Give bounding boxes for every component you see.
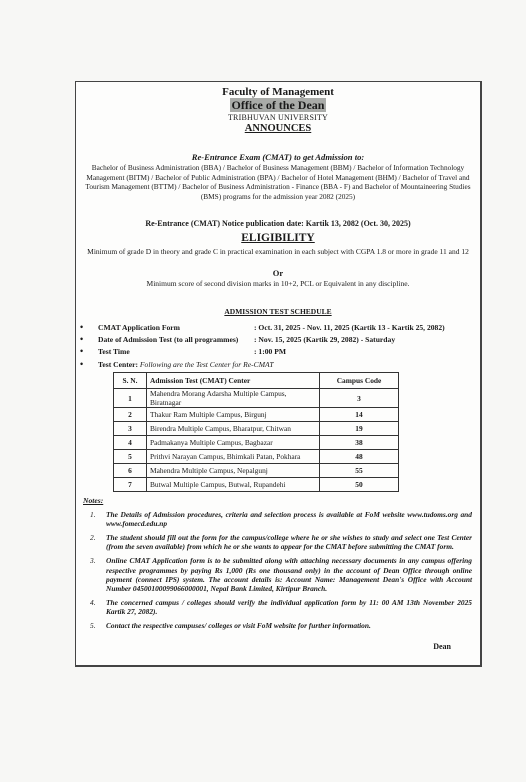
note-text: Contact the respective campuses/ college… <box>106 621 472 630</box>
office-heading: Office of the Dean <box>76 98 480 113</box>
eligibility-criterion-2: Minimum score of second division marks i… <box>76 279 480 288</box>
bullet-icon: • <box>80 347 98 356</box>
cell-code: 50 <box>320 478 399 492</box>
schedule-heading: ADMISSION TEST SCHEDULE <box>76 307 480 316</box>
note-number: 5. <box>90 621 106 630</box>
schedule-list: • CMAT Application Form : Oct. 31, 2025 … <box>80 321 476 370</box>
schedule-item: • Test Time : 1:00 PM <box>80 346 476 358</box>
column-header-sn: S. N. <box>114 373 147 389</box>
programs-list: Bachelor of Business Administration (BBA… <box>82 163 474 201</box>
announces-text: ANNOUNCES <box>245 123 312 134</box>
notes-label: Notes: <box>83 496 103 505</box>
note-number: 4. <box>90 598 106 617</box>
table-row: 4Padmakanya Multiple Campus, Bagbazar38 <box>114 436 399 450</box>
column-header-center: Admission Test (CMAT) Center <box>147 373 320 389</box>
bullet-icon: • <box>80 335 98 344</box>
cell-sn: 6 <box>114 464 147 478</box>
note-item: 1.The Details of Admission procedures, c… <box>90 510 472 529</box>
schedule-value: : 1:00 PM <box>254 347 286 356</box>
note-text: Online CMAT Application form is to be su… <box>106 556 472 593</box>
schedule-item: • CMAT Application Form : Oct. 31, 2025 … <box>80 321 476 333</box>
cell-code: 14 <box>320 408 399 422</box>
table-header-row: S. N. Admission Test (CMAT) Center Campu… <box>114 373 399 389</box>
cell-sn: 4 <box>114 436 147 450</box>
note-item: 3.Online CMAT Application form is to be … <box>90 556 472 593</box>
table-row: 3Birendra Multiple Campus, Bharatpur, Ch… <box>114 422 399 436</box>
table-row: 6Mahendra Multiple Campus, Nepalgunj55 <box>114 464 399 478</box>
bullet-icon: • <box>80 360 98 369</box>
announces-heading: ANNOUNCES <box>76 123 480 134</box>
schedule-label: Date of Admission Test (to all programme… <box>98 335 254 344</box>
cell-center: Prithvi Narayan Campus, Bhimkali Patan, … <box>147 450 320 464</box>
publication-date: Re-Entrance (CMAT) Notice publication da… <box>76 219 480 228</box>
schedule-heading-text: ADMISSION TEST SCHEDULE <box>224 307 331 316</box>
note-number: 2. <box>90 533 106 552</box>
schedule-label: Test Time <box>98 347 254 356</box>
reentrance-title: Re-Entrance Exam (CMAT) to get Admission… <box>76 152 480 162</box>
column-header-code: Campus Code <box>320 373 399 389</box>
note-item: 5.Contact the respective campuses/ colle… <box>90 621 472 630</box>
faculty-heading: Faculty of Management <box>76 86 480 98</box>
test-centers-table: S. N. Admission Test (CMAT) Center Campu… <box>113 372 399 492</box>
note-item: 2.The student should fill out the form f… <box>90 533 472 552</box>
note-text: The student should fill out the form for… <box>106 533 472 552</box>
notes-list: 1.The Details of Admission procedures, c… <box>90 510 472 635</box>
note-number: 3. <box>90 556 106 593</box>
cell-code: 48 <box>320 450 399 464</box>
cell-center: Mahendra Morang Adarsha Multiple Campus,… <box>147 389 320 408</box>
note-number: 1. <box>90 510 106 529</box>
table-row: 5Prithvi Narayan Campus, Bhimkali Patan,… <box>114 450 399 464</box>
schedule-value: : Nov. 15, 2025 (Kartik 29, 2082) - Satu… <box>254 335 395 344</box>
eligibility-heading: ELIGIBILITY <box>76 232 480 244</box>
note-item: 4.The concerned campus / colleges should… <box>90 598 472 617</box>
cell-code: 55 <box>320 464 399 478</box>
notice-document: Faculty of Management Office of the Dean… <box>75 81 482 667</box>
eligibility-criterion-1: Minimum of grade D in theory and grade C… <box>80 247 476 257</box>
table-row: 2Thakur Ram Multiple Campus, Birgunj14 <box>114 408 399 422</box>
test-center-label: Test Center: <box>98 360 138 369</box>
cell-sn: 7 <box>114 478 147 492</box>
eligibility-or: Or <box>76 268 480 278</box>
cell-code: 38 <box>320 436 399 450</box>
schedule-value: : Oct. 31, 2025 - Nov. 11, 2025 (Kartik … <box>254 323 445 332</box>
note-text: The Details of Admission procedures, cri… <box>106 510 472 529</box>
table-row: 7Butwal Multiple Campus, Butwal, Rupande… <box>114 478 399 492</box>
table-row: 1Mahendra Morang Adarsha Multiple Campus… <box>114 389 399 408</box>
cell-sn: 5 <box>114 450 147 464</box>
signature: Dean <box>433 642 451 651</box>
cell-sn: 2 <box>114 408 147 422</box>
schedule-item: • Date of Admission Test (to all program… <box>80 333 476 345</box>
note-text: The concerned campus / colleges should v… <box>106 598 472 617</box>
eligibility-heading-text: ELIGIBILITY <box>241 232 315 244</box>
university-heading: TRIBHUVAN UNIVERSITY <box>76 113 480 122</box>
cell-center: Butwal Multiple Campus, Butwal, Rupandeh… <box>147 478 320 492</box>
cell-code: 19 <box>320 422 399 436</box>
cell-center: Birendra Multiple Campus, Bharatpur, Chi… <box>147 422 320 436</box>
schedule-item-test-center: • Test Center: Following are the Test Ce… <box>80 358 476 370</box>
cell-sn: 3 <box>114 422 147 436</box>
cell-center: Mahendra Multiple Campus, Nepalgunj <box>147 464 320 478</box>
cell-center: Thakur Ram Multiple Campus, Birgunj <box>147 408 320 422</box>
cell-code: 3 <box>320 389 399 408</box>
office-heading-text: Office of the Dean <box>230 98 327 112</box>
test-center-text: Following are the Test Center for Re-CMA… <box>140 360 274 369</box>
bullet-icon: • <box>80 323 98 332</box>
cell-sn: 1 <box>114 389 147 408</box>
cell-center: Padmakanya Multiple Campus, Bagbazar <box>147 436 320 450</box>
schedule-label: CMAT Application Form <box>98 323 254 332</box>
